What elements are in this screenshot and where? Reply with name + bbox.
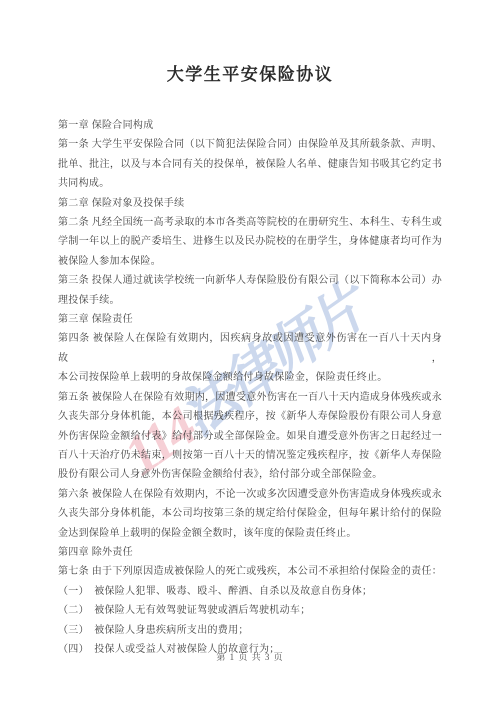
body-text-line: 第六条 被保险人在保险有效期内，不论一次或多次因遭受意外伤害造成身体残疾或永 [58, 485, 442, 504]
exclusion-item-line: （三） 被保险人身患疾病所支出的费用； [58, 621, 442, 640]
body-text-line: 第一条 大学生平安保险合同（以下简犯法保险合同）由保险单及其所载条款、声明、 [58, 135, 442, 154]
document-body: 第一章 保险合同构成第一条 大学生平安保险合同（以下简犯法保险合同）由保险单及其… [58, 116, 442, 659]
document-page: 114法律师片 大学生平安保险协议 第一章 保险合同构成第一条 大学生平安保险合… [0, 0, 500, 706]
body-text-line: 第三条 投保人通过就读学校统一向新华人寿保险股份有限公司（以下简称本公司）办 [58, 271, 442, 290]
chapter-heading-line: 第一章 保险合同构成 [58, 116, 442, 135]
body-text-line: 第五条 被保险人在保险有效期内，因遭受意外伤害在一百八十天内造成身体残疾或永 [58, 388, 442, 407]
page-number-footer: 第 1 页 共 3 页 [0, 650, 500, 663]
body-text-line: 久丧失部分身体机能，本公司均按第三条的规定给付保险金，但每年累计给付的保险 [58, 504, 442, 523]
body-text-line: 外伤害保险金额给付表》给付部分或全部保险金。如果自遭受意外伤害之日起经过一 [58, 427, 442, 446]
chapter-heading-line: 第二章 保险对象及投保手续 [58, 194, 442, 213]
body-text-line: 第四条 被保险人在保险有效期内，因疾病身故或因遭受意外伤害在一百八十天内身故， [58, 329, 442, 368]
body-text-line: 被保险人参加本保险。 [58, 252, 442, 271]
body-text-line: 久丧失部分身体机能，本公司根据残疾程序，按《新华人寿保险股份有限公司人身意 [58, 407, 442, 426]
exclusion-item-line: （一） 被保险人犯罪、吸毒、殴斗、醉酒、自杀以及故意自伤身体； [58, 582, 442, 601]
exclusion-item-line: （二） 被保险人无有效驾驶证驾驶或酒后驾驶机动车； [58, 601, 442, 620]
body-text-line: 共同构成。 [58, 174, 442, 193]
chapter-heading-line: 第四章 除外责任 [58, 543, 442, 562]
body-text-line: 学制一年以上的脱产委培生、进修生以及民办院校的在册学生，身体健康者均可作为 [58, 232, 442, 251]
body-text-line: 批单、批注，以及与本合同有关的投保单，被保险人名单、健康告知书吸其它约定书 [58, 155, 442, 174]
body-text-line: 本公司按保险单上载明的身故保险金额给付身故保险金，保险责任终止。 [58, 368, 442, 387]
body-text-line: 第七条 由于下列原因造成被保险人的死亡或残疾，本公司不承担给付保险金的责任： [58, 562, 442, 581]
document-title: 大学生平安保险协议 [0, 60, 500, 85]
body-text-line: 理投保手续。 [58, 291, 442, 310]
body-text-line: 百八十天治疗仍未结束，则按第一百八十天的情况鉴定残疾程序，按《新华人寿保险 [58, 446, 442, 465]
body-text-line: 第二条 凡经全国统一高考录取的本市各类高等院校的在册研究生、本科生、专科生或 [58, 213, 442, 232]
chapter-heading-line: 第三章 保险责任 [58, 310, 442, 329]
body-text-line: 股份有限公司人身意外伤害保险金额给付表》，给付部分或全部保险金。 [58, 465, 442, 484]
body-text-line: 金达到保险单上载明的保险金额全数时，该年度的保险责任终止。 [58, 524, 442, 543]
